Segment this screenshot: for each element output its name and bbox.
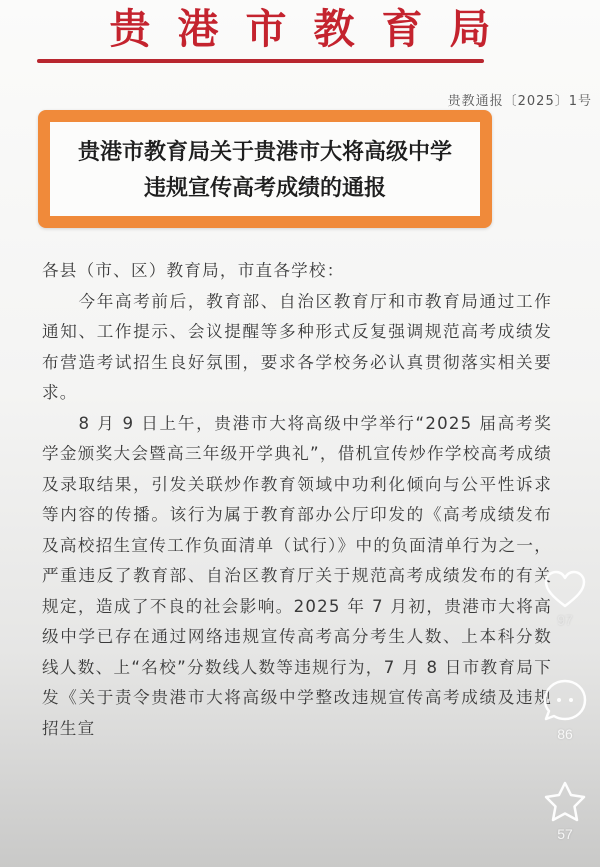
paragraph-2: 8 月 9 日上午，贵港市大将高级中学举行“2025 届高考奖学金颁奖大会暨高三… <box>42 409 552 745</box>
paragraph-1: 今年高考前后，教育部、自治区教育厅和市教育局通过工作通知、工作提示、会议提醒等多… <box>42 287 552 409</box>
comment-button[interactable]: 86 <box>530 678 600 742</box>
document-body: 各县（市、区）教育局，市直各学校： 今年高考前后，教育部、自治区教育厅和市教育局… <box>42 256 552 744</box>
title-highlight-box: 贵港市教育局关于贵港市大将高级中学 违规宣传高考成绩的通报 <box>38 110 492 228</box>
star-icon <box>542 780 588 824</box>
like-button[interactable]: 97 <box>530 570 600 628</box>
like-count: 97 <box>530 612 600 628</box>
document-title: 贵港市教育局关于贵港市大将高级中学 违规宣传高考成绩的通报 <box>50 134 480 206</box>
issuer-masthead: 贵港市教育局 <box>0 4 600 54</box>
comment-icon <box>542 678 588 724</box>
red-header-rule <box>37 59 484 63</box>
title-line-2: 违规宣传高考成绩的通报 <box>50 170 480 206</box>
side-action-bar: 97 86 57 <box>530 570 600 867</box>
comment-count: 86 <box>530 726 600 742</box>
title-line-1: 贵港市教育局关于贵港市大将高级中学 <box>50 134 480 170</box>
document-number: 贵教通报〔2025〕1号 <box>448 90 592 109</box>
favorite-button[interactable]: 57 <box>530 780 600 842</box>
favorite-count: 57 <box>530 826 600 842</box>
salutation: 各县（市、区）教育局，市直各学校： <box>42 256 552 287</box>
heart-icon <box>543 570 587 610</box>
document-page: 贵港市教育局 贵教通报〔2025〕1号 贵港市教育局关于贵港市大将高级中学 违规… <box>0 0 600 867</box>
